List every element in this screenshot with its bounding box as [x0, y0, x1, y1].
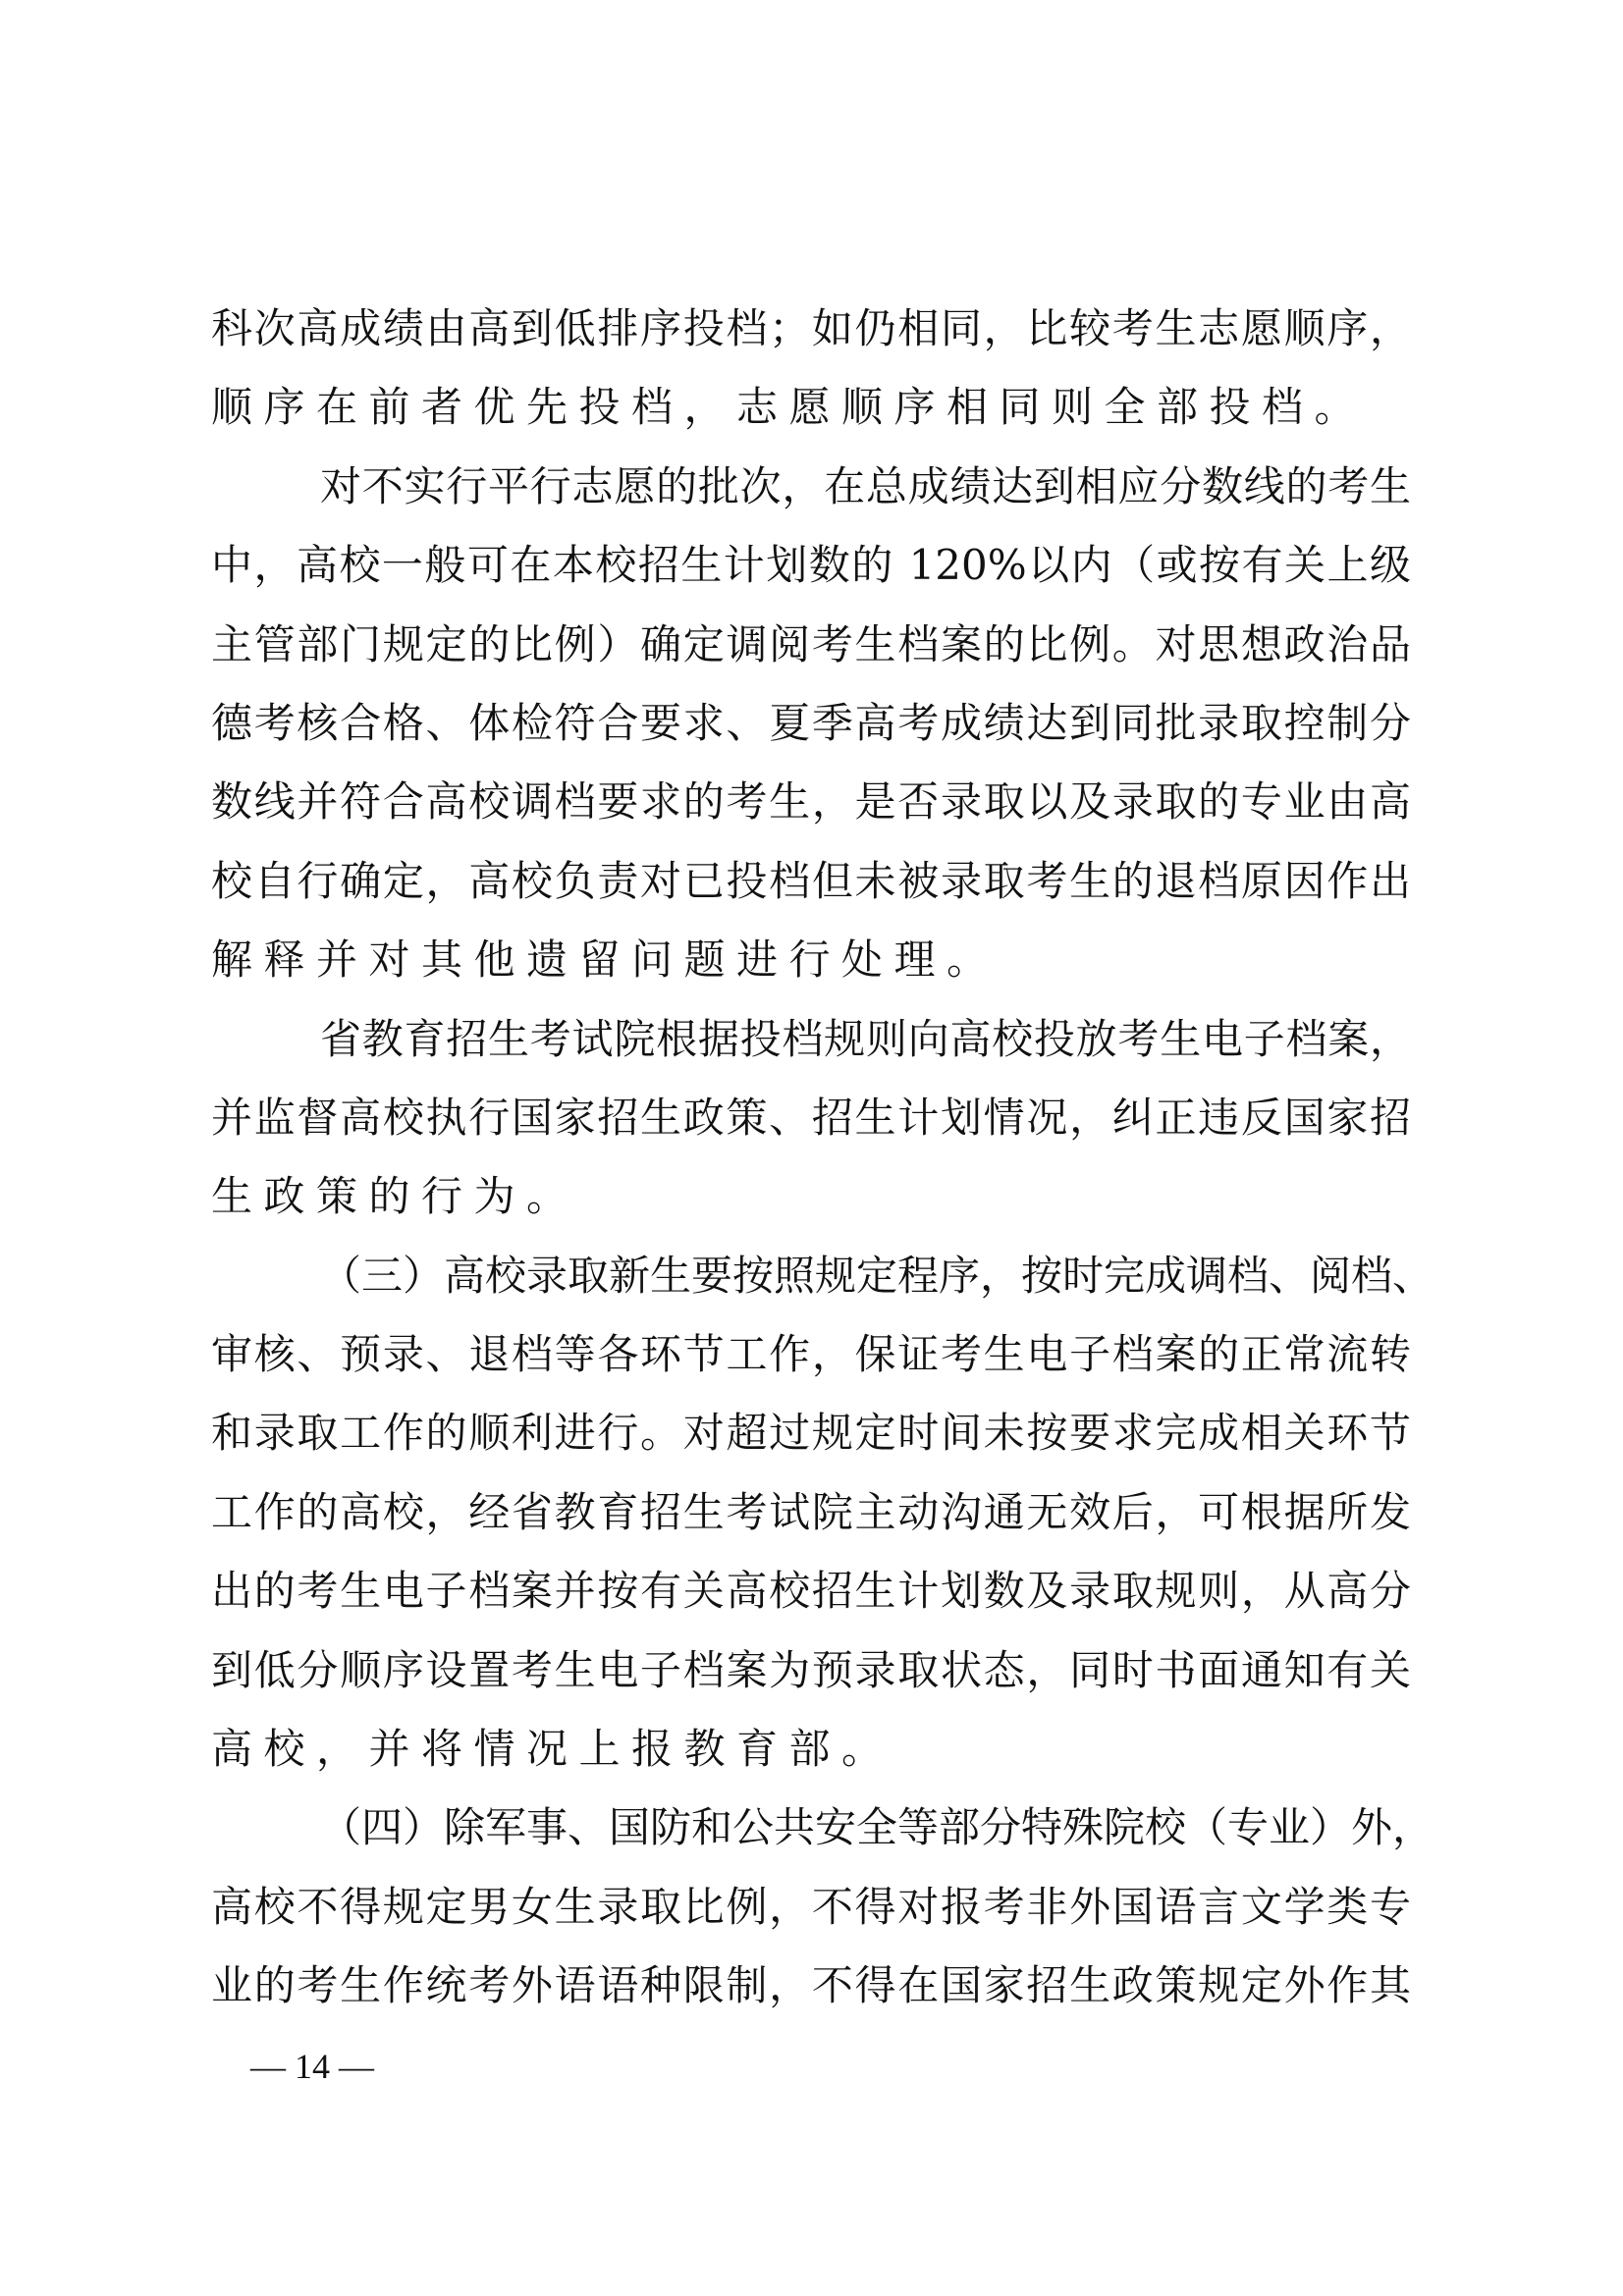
text-line: 到低分顺序设置考生电子档案为预录取状态，同时书面通知有关: [211, 1631, 1411, 1710]
text-line: 业的考生作统考外语语种限制，不得在国家招生政策规定外作其: [211, 1947, 1411, 2025]
text-line: 审核、预录、退档等各环节工作，保证考生电子档案的正常流转: [211, 1315, 1411, 1394]
text-line: 科次高成绩由高到低排序投档；如仍相同，比较考生志愿顺序，: [211, 290, 1411, 368]
text-line: 顺序在前者优先投档，志愿顺序相同则全部投档。: [211, 368, 1411, 447]
text-line: （四）除军事、国防和公共安全等部分特殊院校（专业）外，: [211, 1789, 1411, 1867]
text-line: 出的考生电子档案并按有关高校招生计划数及录取规则，从高分: [211, 1552, 1411, 1630]
document-page: 科次高成绩由高到低排序投档；如仍相同，比较考生志愿顺序， 顺序在前者优先投档，志…: [0, 0, 1623, 2296]
body-text: 科次高成绩由高到低排序投档；如仍相同，比较考生志愿顺序， 顺序在前者优先投档，志…: [211, 290, 1411, 2026]
text-line: （三）高校录取新生要按照规定程序，按时完成调档、阅档、: [211, 1237, 1411, 1315]
page-number: — 14 —: [250, 2047, 374, 2086]
text-line: 高校不得规定男女生录取比例，不得对报考非外国语言文学类专: [211, 1868, 1411, 1947]
text-line: 并监督高校执行国家招生政策、招生计划情况，纠正违反国家招: [211, 1079, 1411, 1157]
text-line: 主管部门规定的比例）确定调阅考生档案的比例。对思想政治品: [211, 606, 1411, 684]
text-line: 省教育招生考试院根据投档规则向高校投放考生电子档案，: [211, 1000, 1411, 1079]
text-line: 和录取工作的顺利进行。对超过规定时间未按要求完成相关环节: [211, 1394, 1411, 1472]
text-line: 解释并对其他遗留问题进行处理。: [211, 921, 1411, 999]
text-line: 数线并符合高校调档要求的考生，是否录取以及录取的专业由高: [211, 763, 1411, 841]
text-line: 对不实行平行志愿的批次，在总成绩达到相应分数线的考生: [211, 448, 1411, 526]
text-line: 德考核合格、体检符合要求、夏季高考成绩达到同批录取控制分: [211, 684, 1411, 763]
text-line: 校自行确定，高校负责对已投档但未被录取考生的退档原因作出: [211, 842, 1411, 921]
text-line: 中，高校一般可在本校招生计划数的 120%以内（或按有关上级: [211, 526, 1411, 605]
text-line: 高校，并将情况上报教育部。: [211, 1710, 1411, 1789]
text-line: 生政策的行为。: [211, 1157, 1411, 1236]
text-line: 工作的高校，经省教育招生考试院主动沟通无效后，可根据所发: [211, 1473, 1411, 1552]
